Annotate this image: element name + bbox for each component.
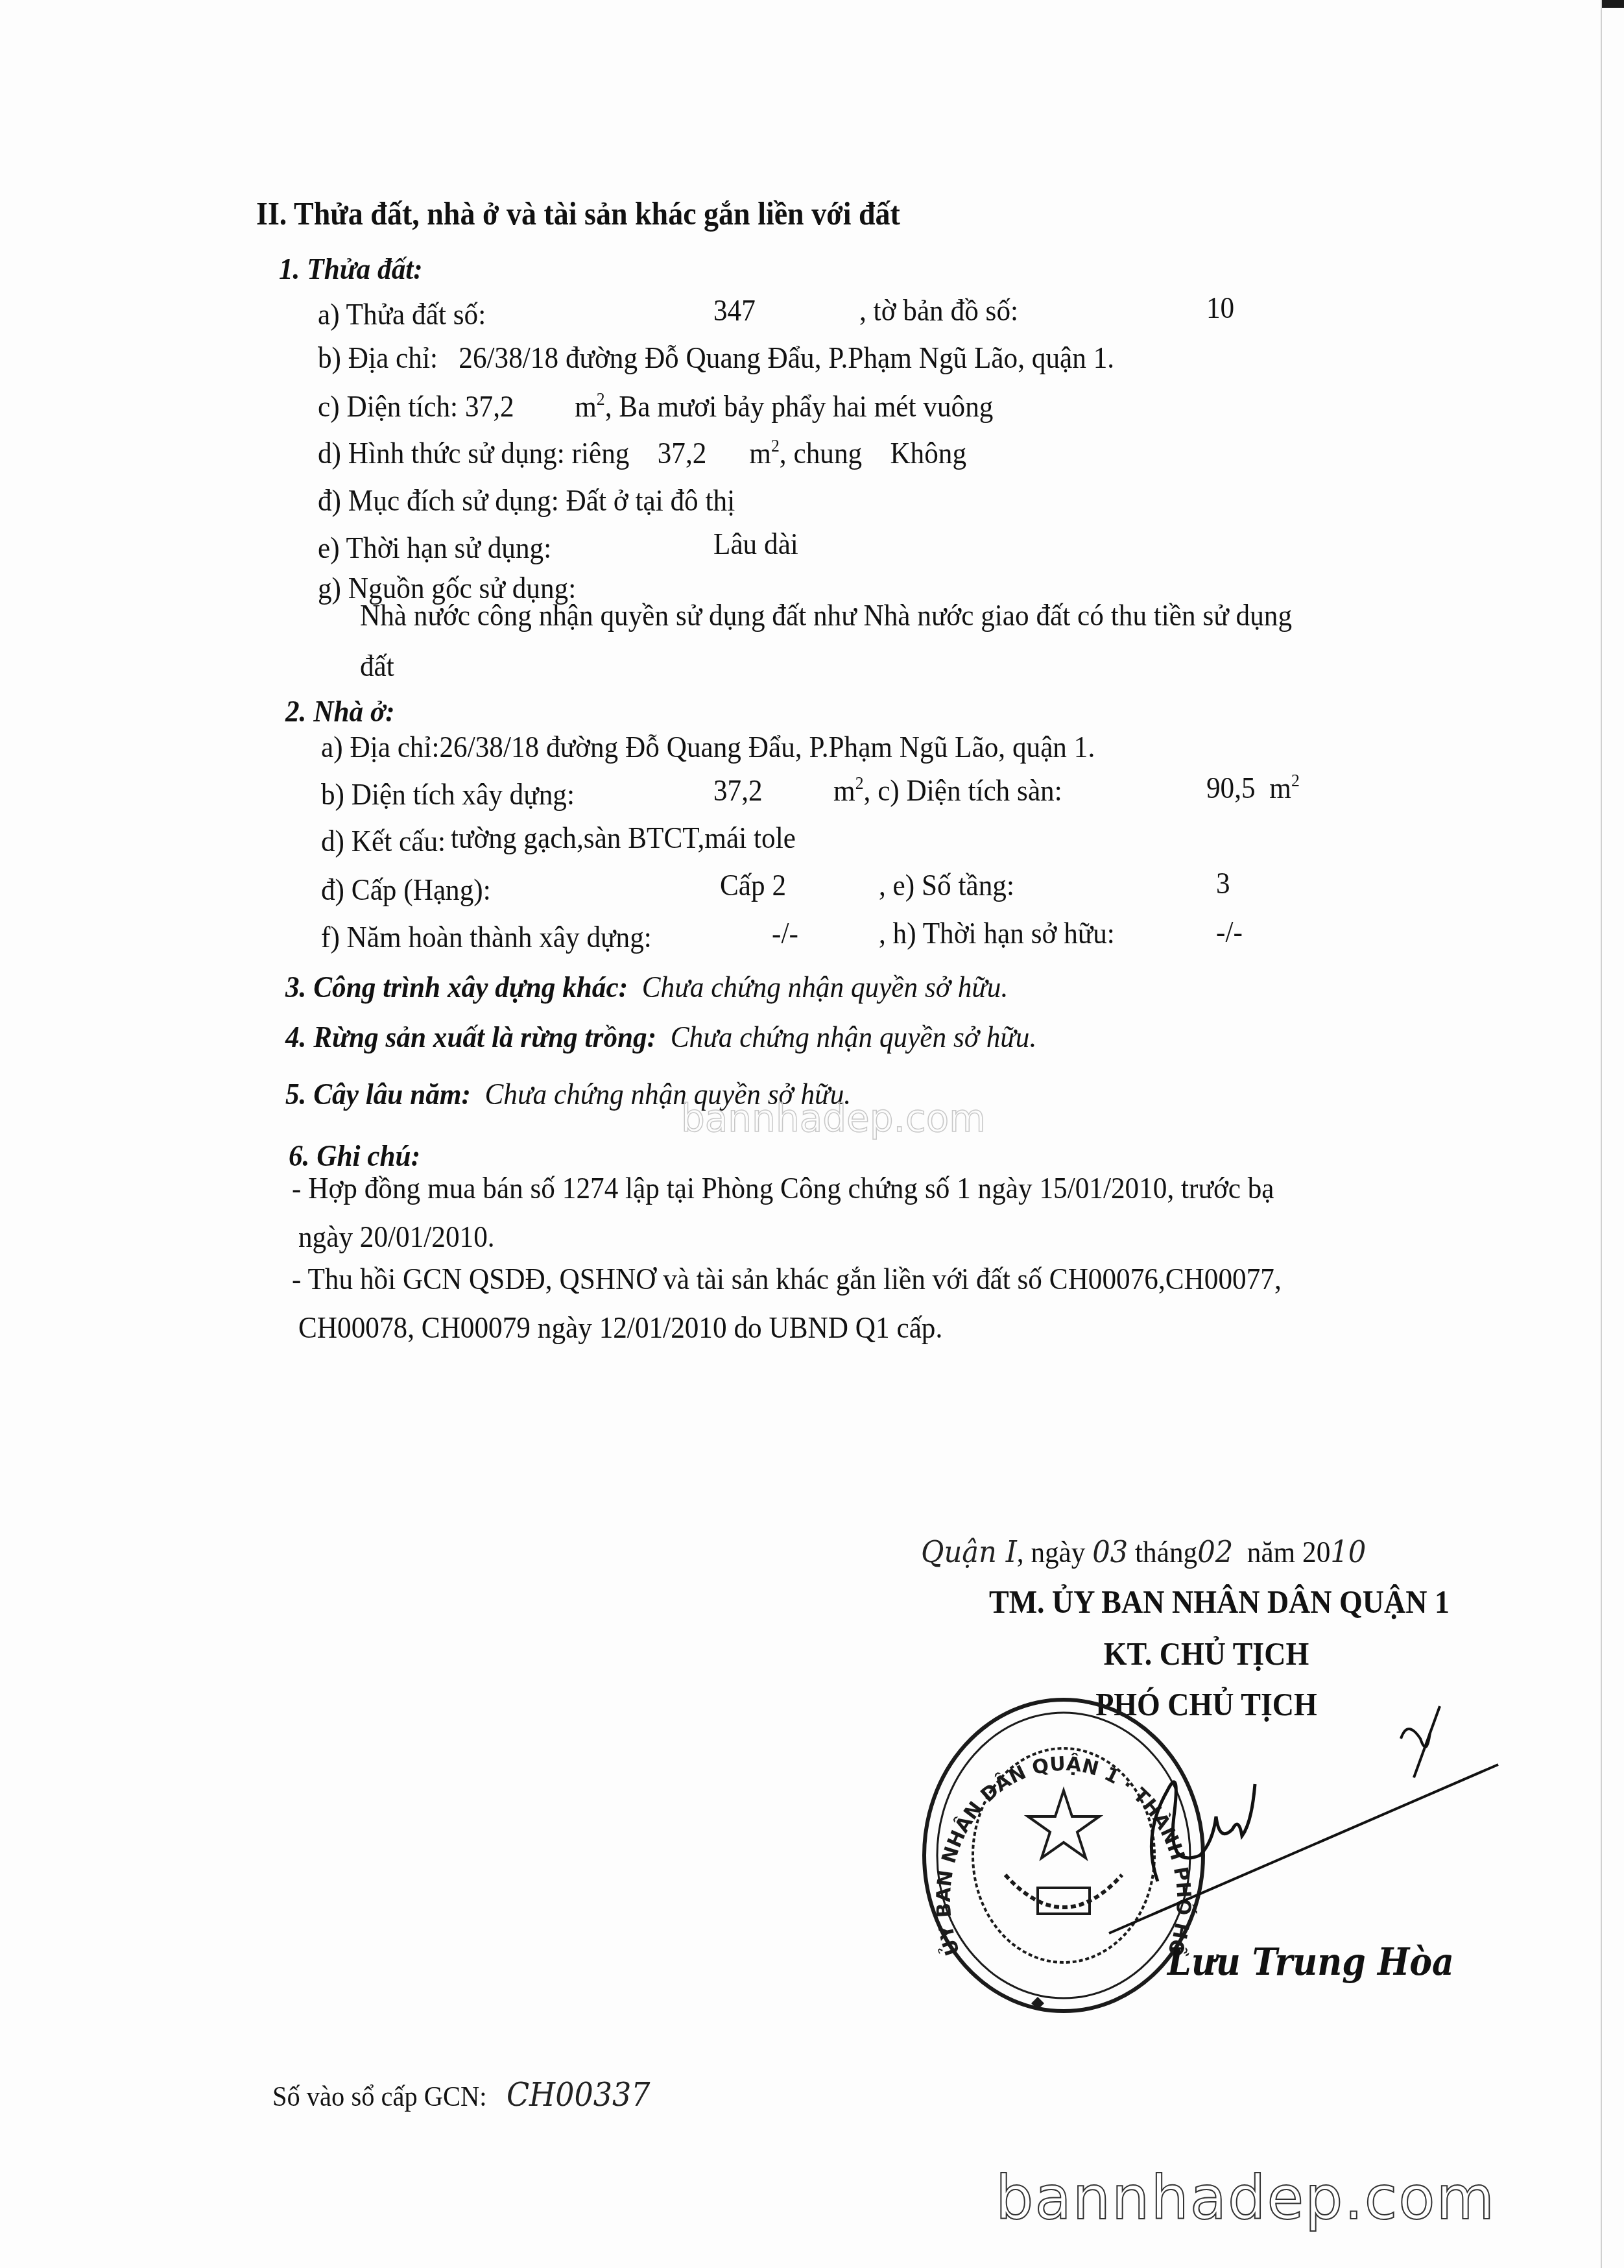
house-ownership-term: -/- <box>1216 915 1243 950</box>
house-floors-label: , e) Số tầng: <box>879 868 1014 903</box>
house-floor-area-unit: m <box>1269 771 1291 805</box>
house-structure: tường gạch,sàn BTCT,mái tole <box>451 821 796 856</box>
house-construction-unit: m <box>833 774 855 808</box>
land-origin-line2: đất <box>360 649 394 684</box>
scan-edge-strip <box>1601 0 1624 8</box>
watermark-middle: bannhadep.com <box>681 1096 986 1140</box>
land-area-unit: m <box>575 390 597 424</box>
land-origin-line1: Nhà nước công nhận quyền sử dụng đất như… <box>360 598 1292 633</box>
house-dd-label: đ) Cấp (Hạng): <box>321 873 491 908</box>
house-grade: Cấp 2 <box>720 868 786 903</box>
item4-row: 4. Rừng sản xuất là rừng trồng: Chưa chứ… <box>285 1020 1036 1055</box>
year-handwritten: 10 <box>1330 1534 1366 1570</box>
house-address-label: a) Địa chỉ: <box>321 730 439 764</box>
land-area-words: , Ba mươi bảy phẩy hai mét vuông <box>605 390 994 424</box>
role-1: KT. CHỦ TỊCH <box>908 1635 1505 1672</box>
land-address: 26/38/18 đường Đỗ Quang Đẩu, P.Phạm Ngũ … <box>459 341 1114 375</box>
land-dd-row: đ) Mục đích sử dụng: Đất ở tại đô thị <box>318 483 735 518</box>
notes-line4: CH00078, CH00079 ngày 12/01/2010 do UBND… <box>298 1310 942 1345</box>
place-handwritten: Quận I <box>921 1534 1017 1570</box>
land-d-row: d) Hình thức sử dụng: riêng 37,2 m2, chu… <box>318 436 966 471</box>
scan-page-edge <box>1601 0 1602 2268</box>
registration-row: Số vào sổ cấp GCN: CH00337 <box>272 2076 651 2114</box>
day-label: , ngày <box>1017 1536 1086 1569</box>
house-floor-area-label: , c) Diện tích sàn: <box>864 774 1062 808</box>
item5-label: 5. Cây lâu năm: <box>285 1078 471 1111</box>
house-ownership-term-label: , h) Thời hạn sở hữu: <box>879 916 1115 951</box>
house-c-row: m2, c) Diện tích sàn: <box>833 773 1062 808</box>
item3-label: 3. Công trình xây dựng khác: <box>285 971 628 1004</box>
land-common-label: , chung <box>780 437 862 470</box>
item3-value: Chưa chứng nhận quyền sở hữu. <box>642 971 1009 1004</box>
house-a-row: a) Địa chỉ:26/38/18 đường Đỗ Quang Đẩu, … <box>321 730 1095 765</box>
month-handwritten: 02 <box>1197 1534 1233 1570</box>
house-d-label: d) Kết cấu: <box>321 824 446 859</box>
land-private-unit: m <box>749 437 771 470</box>
land-term: Lâu dài <box>713 527 798 562</box>
item4-value: Chưa chứng nhận quyền sở hữu. <box>671 1020 1037 1054</box>
notes-line2: ngày 20/01/2010. <box>298 1220 495 1255</box>
land-b-row: b) Địa chỉ: 26/38/18 đường Đỗ Quang Đẩu,… <box>318 341 1114 376</box>
land-private-area: 37,2 <box>658 437 707 470</box>
item4-label: 4. Rừng sản xuất là rừng trồng: <box>285 1020 656 1054</box>
house-heading: 2. Nhà ở: <box>285 694 395 729</box>
org-title: TM. ỦY BAN NHÂN DÂN QUẬN 1 <box>933 1583 1505 1621</box>
house-b-label: b) Diện tích xây dựng: <box>321 777 575 812</box>
month-label: tháng <box>1135 1536 1197 1569</box>
land-address-label: b) Địa chỉ: <box>318 341 438 375</box>
land-usage-form-label: d) Hình thức sử dụng: riêng <box>318 437 629 470</box>
land-a-label: a) Thửa đất số: <box>318 297 486 332</box>
watermark-bottom: bannhadep.com <box>996 2164 1496 2233</box>
land-map-label: , tờ bản đồ số: <box>859 293 1018 328</box>
year-label: năm 20 <box>1247 1536 1330 1569</box>
house-f-label: f) Năm hoàn thành xây dựng: <box>321 920 652 955</box>
registration-number: CH00337 <box>507 2076 651 2114</box>
land-heading: 1. Thửa đất: <box>279 252 423 287</box>
section-title: II. Thửa đất, nhà ở và tài sản khác gắn … <box>256 195 900 232</box>
notes-line1: - Hợp đồng mua bán số 1274 lập tại Phòng… <box>292 1171 1274 1206</box>
house-floor-area-row: 90,5 m2 <box>1206 771 1300 806</box>
land-purpose: Đất ở tại đô thị <box>566 484 735 518</box>
land-map-number: 10 <box>1206 291 1234 326</box>
notes-line3: - Thu hồi GCN QSDĐ, QSHNƠ và tài sản khá… <box>292 1262 1282 1297</box>
land-purpose-label: đ) Mục đích sử dụng: <box>318 484 559 518</box>
day-handwritten: 03 <box>1092 1534 1128 1570</box>
notes-heading: 6. Ghi chú: <box>289 1139 420 1174</box>
house-completion-year: -/- <box>772 916 798 951</box>
signer-name: Lưu Trung Hòa <box>1167 1940 1454 1984</box>
item3-row: 3. Công trình xây dựng khác: Chưa chứng … <box>285 970 1008 1005</box>
house-construction-area: 37,2 <box>713 773 763 808</box>
land-area: 37,2 <box>465 390 514 424</box>
registration-label: Số vào sổ cấp GCN: <box>272 2081 487 2112</box>
land-common-value: Không <box>890 437 966 470</box>
house-floors: 3 <box>1216 866 1230 901</box>
house-address: 26/38/18 đường Đỗ Quang Đẩu, P.Phạm Ngũ … <box>439 730 1095 764</box>
land-area-label: c) Diện tích: <box>318 390 465 424</box>
handwritten-signature-icon <box>1103 1687 1505 1946</box>
land-e-label: e) Thời hạn sử dụng: <box>318 531 551 566</box>
house-floor-area: 90,5 <box>1206 771 1256 805</box>
land-parcel-number: 347 <box>713 293 756 328</box>
date-line: Quận I, ngày 03 tháng02 năm 2010 <box>921 1534 1366 1570</box>
land-c-row: c) Diện tích: 37,2 m2, Ba mươi bảy phẩy … <box>318 389 993 424</box>
